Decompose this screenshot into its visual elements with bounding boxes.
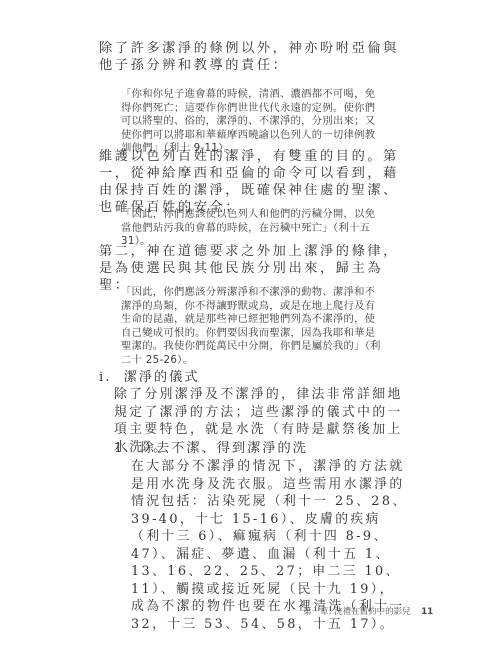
block-quote-3: 「因此，你們應該分辨潔淨和不潔淨的動物、潔淨和不潔淨的鳥類，你不得讓野獸或鳥，或… bbox=[121, 286, 381, 367]
page-footer: 第一章: 洗禮在舊約中的影兒 11 bbox=[303, 605, 433, 617]
subsection-number: 1. bbox=[114, 441, 131, 456]
section-title: 潔淨的儀式 bbox=[124, 370, 200, 385]
section-heading: i. 潔淨的儀式 bbox=[99, 366, 200, 385]
subsection-title: 除去不潔、得到潔淨的洗 bbox=[141, 441, 308, 456]
subsection-heading: 1. 除去不潔、得到潔淨的洗 bbox=[114, 437, 308, 456]
page-number: 11 bbox=[421, 607, 433, 617]
body-paragraph-2: 維護以色列百姓的潔淨，有雙重的目的。第一，從神給摩西和亞倫的命令可以看到，藉由保… bbox=[99, 148, 405, 216]
block-quote-1: 「你和你兒子進會幕的時候，清酒、濃酒都不可喝，免得你們死亡；這要作你們世世代代永… bbox=[121, 88, 381, 156]
chapter-title: 第一章: 洗禮在舊約中的影兒 bbox=[303, 607, 411, 617]
body-paragraph-1: 除了許多潔淨的條例以外，神亦吩咐亞倫與他子孫分辨和教導的責任： bbox=[99, 40, 405, 74]
section-number: i. bbox=[99, 370, 111, 385]
